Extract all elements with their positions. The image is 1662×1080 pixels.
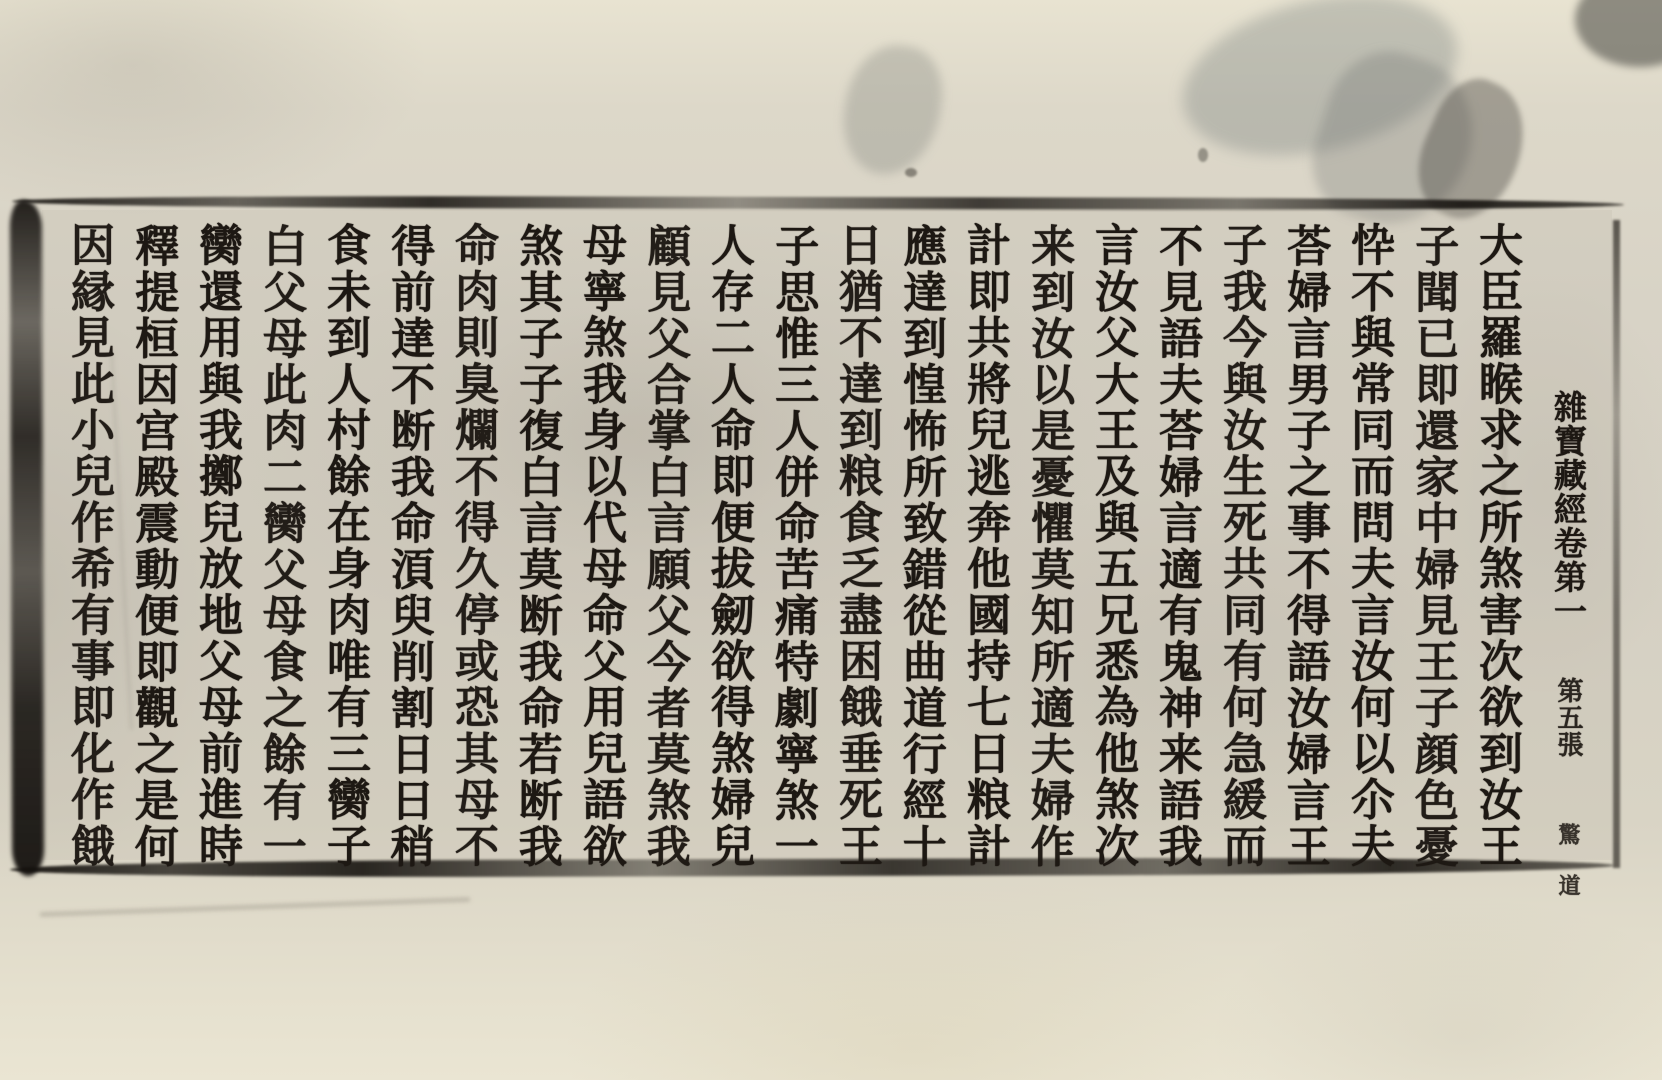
ink-stain-top-right xyxy=(1166,0,1474,182)
sutra-text-block: 雜寶藏經卷第一 第五張 驚 道 大臣羅睺求之所煞害次欲到汝王 子聞已即還家中婦見… xyxy=(30,222,1608,870)
sutra-title: 雜寶藏經卷第一 xyxy=(1549,390,1588,628)
ink-speck xyxy=(1198,148,1208,162)
text-column: 顧見父合掌白言願父今者莫煞我 xyxy=(632,223,697,871)
text-column: 荅婦言男子之事不得語汝婦言王 xyxy=(1272,223,1337,871)
text-column: 母寧煞我身以代母命父用兒語欲 xyxy=(568,222,632,870)
text-column: 人存二人命即便拔劒欲得煞婦兒 xyxy=(696,222,760,870)
text-column: 子聞已即還家中婦見王子顔色憂 xyxy=(1400,223,1465,871)
case-mark: 道 xyxy=(1555,874,1581,896)
sheet-number: 第五張 xyxy=(1553,677,1583,758)
text-column: 臠還用與我擲兒放地父母前進時 xyxy=(184,222,248,870)
text-column: 日猶不達到粮食乏盡困餓垂死王 xyxy=(824,222,888,870)
text-column: 白父母此肉二臠父母食之餘有一 xyxy=(248,223,313,871)
ink-speck xyxy=(905,168,917,177)
frame-border-top xyxy=(12,195,1624,210)
case-mark: 驚 xyxy=(1555,823,1581,845)
dark-blob-right-edge xyxy=(1575,0,1662,67)
text-column: 應達到惶怖所致錯從曲道行經十 xyxy=(888,223,953,871)
text-column: 不見語夫荅婦言適有鬼神来語我 xyxy=(1144,223,1209,871)
text-column: 計即共將兒逃奔他國持七日粮計 xyxy=(952,222,1016,870)
text-column: 煞其子子復白言莫断我命若断我 xyxy=(504,223,569,871)
text-column: 来到汝以是憂懼莫知所適夫婦作 xyxy=(1016,223,1081,871)
text-column: 言汝父大王及與五兄悉為他煞次 xyxy=(1080,222,1144,870)
photograph-of-sutra-sheet: { "colors": { "paper": "#d8d3c6", "paper… xyxy=(0,0,1662,1080)
text-column: 食未到人村餘在身肉唯有三臠子 xyxy=(312,222,376,870)
paper-crease-bottom xyxy=(40,897,470,916)
text-column: 得前達不断我命湏臾削割日日稍 xyxy=(376,223,441,871)
title-column: 雜寶藏經卷第一 第五張 驚 道 xyxy=(1528,222,1608,870)
text-column: 因縁見此小兒作希有事即化作餓 xyxy=(56,222,120,870)
text-column: 子我今與汝生死共同有何急緩而 xyxy=(1208,222,1272,870)
text-column: 大臣羅睺求之所煞害次欲到汝王 xyxy=(1464,222,1528,870)
frame-border-right xyxy=(1613,220,1620,868)
text-column: 命肉則臭爛不得久停或恐其母不 xyxy=(440,222,504,870)
stain-top-center xyxy=(836,39,948,181)
text-column: 忰不與常同而問夫言汝何以尒夫 xyxy=(1336,222,1400,870)
text-column: 釋提桓因宫殿震動便即觀之是何 xyxy=(120,223,185,871)
text-column: 子思惟三人併命苦痛特劇寧煞一 xyxy=(760,223,825,871)
